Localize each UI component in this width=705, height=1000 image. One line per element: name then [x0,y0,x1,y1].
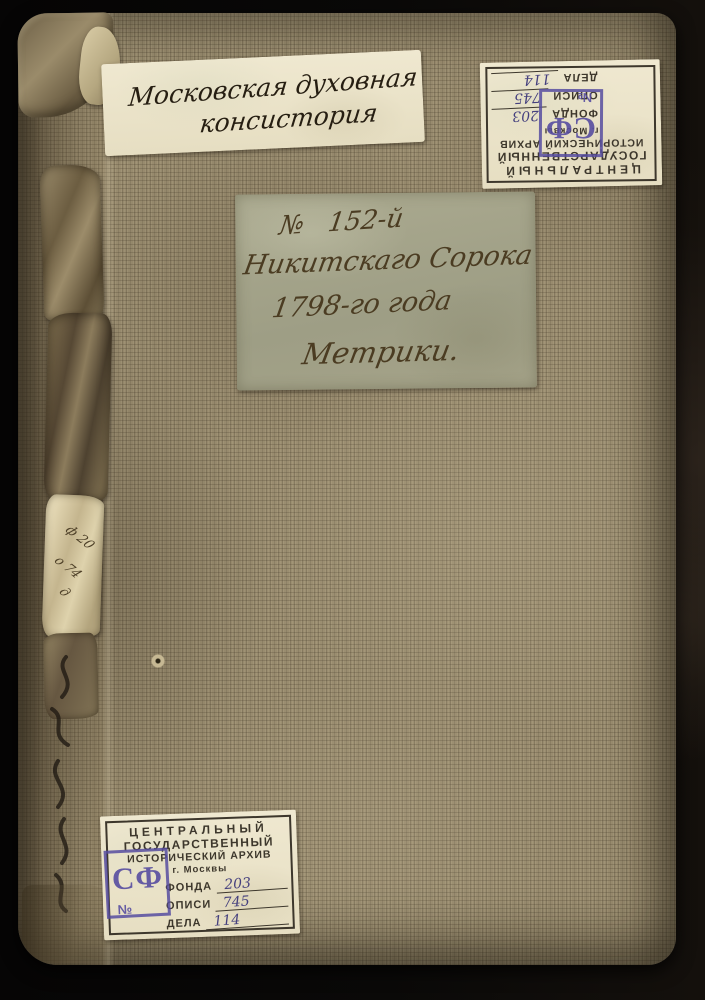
delo-label: ДЕЛА [166,917,205,930]
sf-overstamp-text: СФ [545,110,596,146]
photo-backdrop: ф 20 о 74 д Московская духовная консист [0,0,705,1000]
sf-overstamp-number-sign: № [117,902,132,918]
spine-torn-leather-fragment [44,312,113,504]
title-label-number: № 152-й [277,203,405,241]
sf-overstamp-number-sign: № [578,90,593,105]
spine-torn-fragment-top [39,164,104,324]
delo-value: 114 [205,911,289,931]
sf-overstamp: СФ № [104,848,171,919]
spine-tail-wear [22,885,114,963]
spine-handwriting-line: д [55,585,98,619]
spine-paper-fragment: ф 20 о 74 д [42,494,105,638]
title-label-metriki: Метрики. [300,333,463,372]
spine-ink-marks [28,649,98,919]
title-label-district: Никитскаго Сорока [241,240,535,282]
fond-label: ФОНДА [165,880,216,894]
stamp-delo-row: ДЕЛА 114 [491,71,597,89]
stamp-delo-row: ДЕЛА 114 [166,909,289,930]
delo-label: ДЕЛА [559,71,598,83]
consistory-label: Московская духовная консистория [101,50,425,156]
spine-handwriting-line: о 74 [50,554,98,592]
delo-value: 114 [491,70,559,87]
archive-stamp-label-bottom: ЦЕНТРАЛЬНЫЙ ГОСУДАРСТВЕННЫЙ ИСТОРИЧЕСКИЙ… [100,810,300,941]
title-label: № 152-й Никитскаго Сорока 1798-го года М… [235,191,537,390]
title-label-year: 1798-го года [270,285,454,324]
sf-overstamp-text: СФ [111,859,164,898]
opis-label: ОПИСИ [166,898,216,912]
sf-overstamp: СФ № [539,89,603,157]
stamp-org-line1: ЦЕНТРАЛЬНЫЙ [492,162,650,178]
spine-handwriting-line: ф 20 [61,523,101,555]
archive-stamp-label-top: ЦЕНТРАЛЬНЫЙ ГОСУДАРСТВЕННЫЙ ИСТОРИЧЕСКИЙ… [480,59,663,189]
book-cover: ф 20 о 74 д Московская духовная консист [18,13,676,965]
